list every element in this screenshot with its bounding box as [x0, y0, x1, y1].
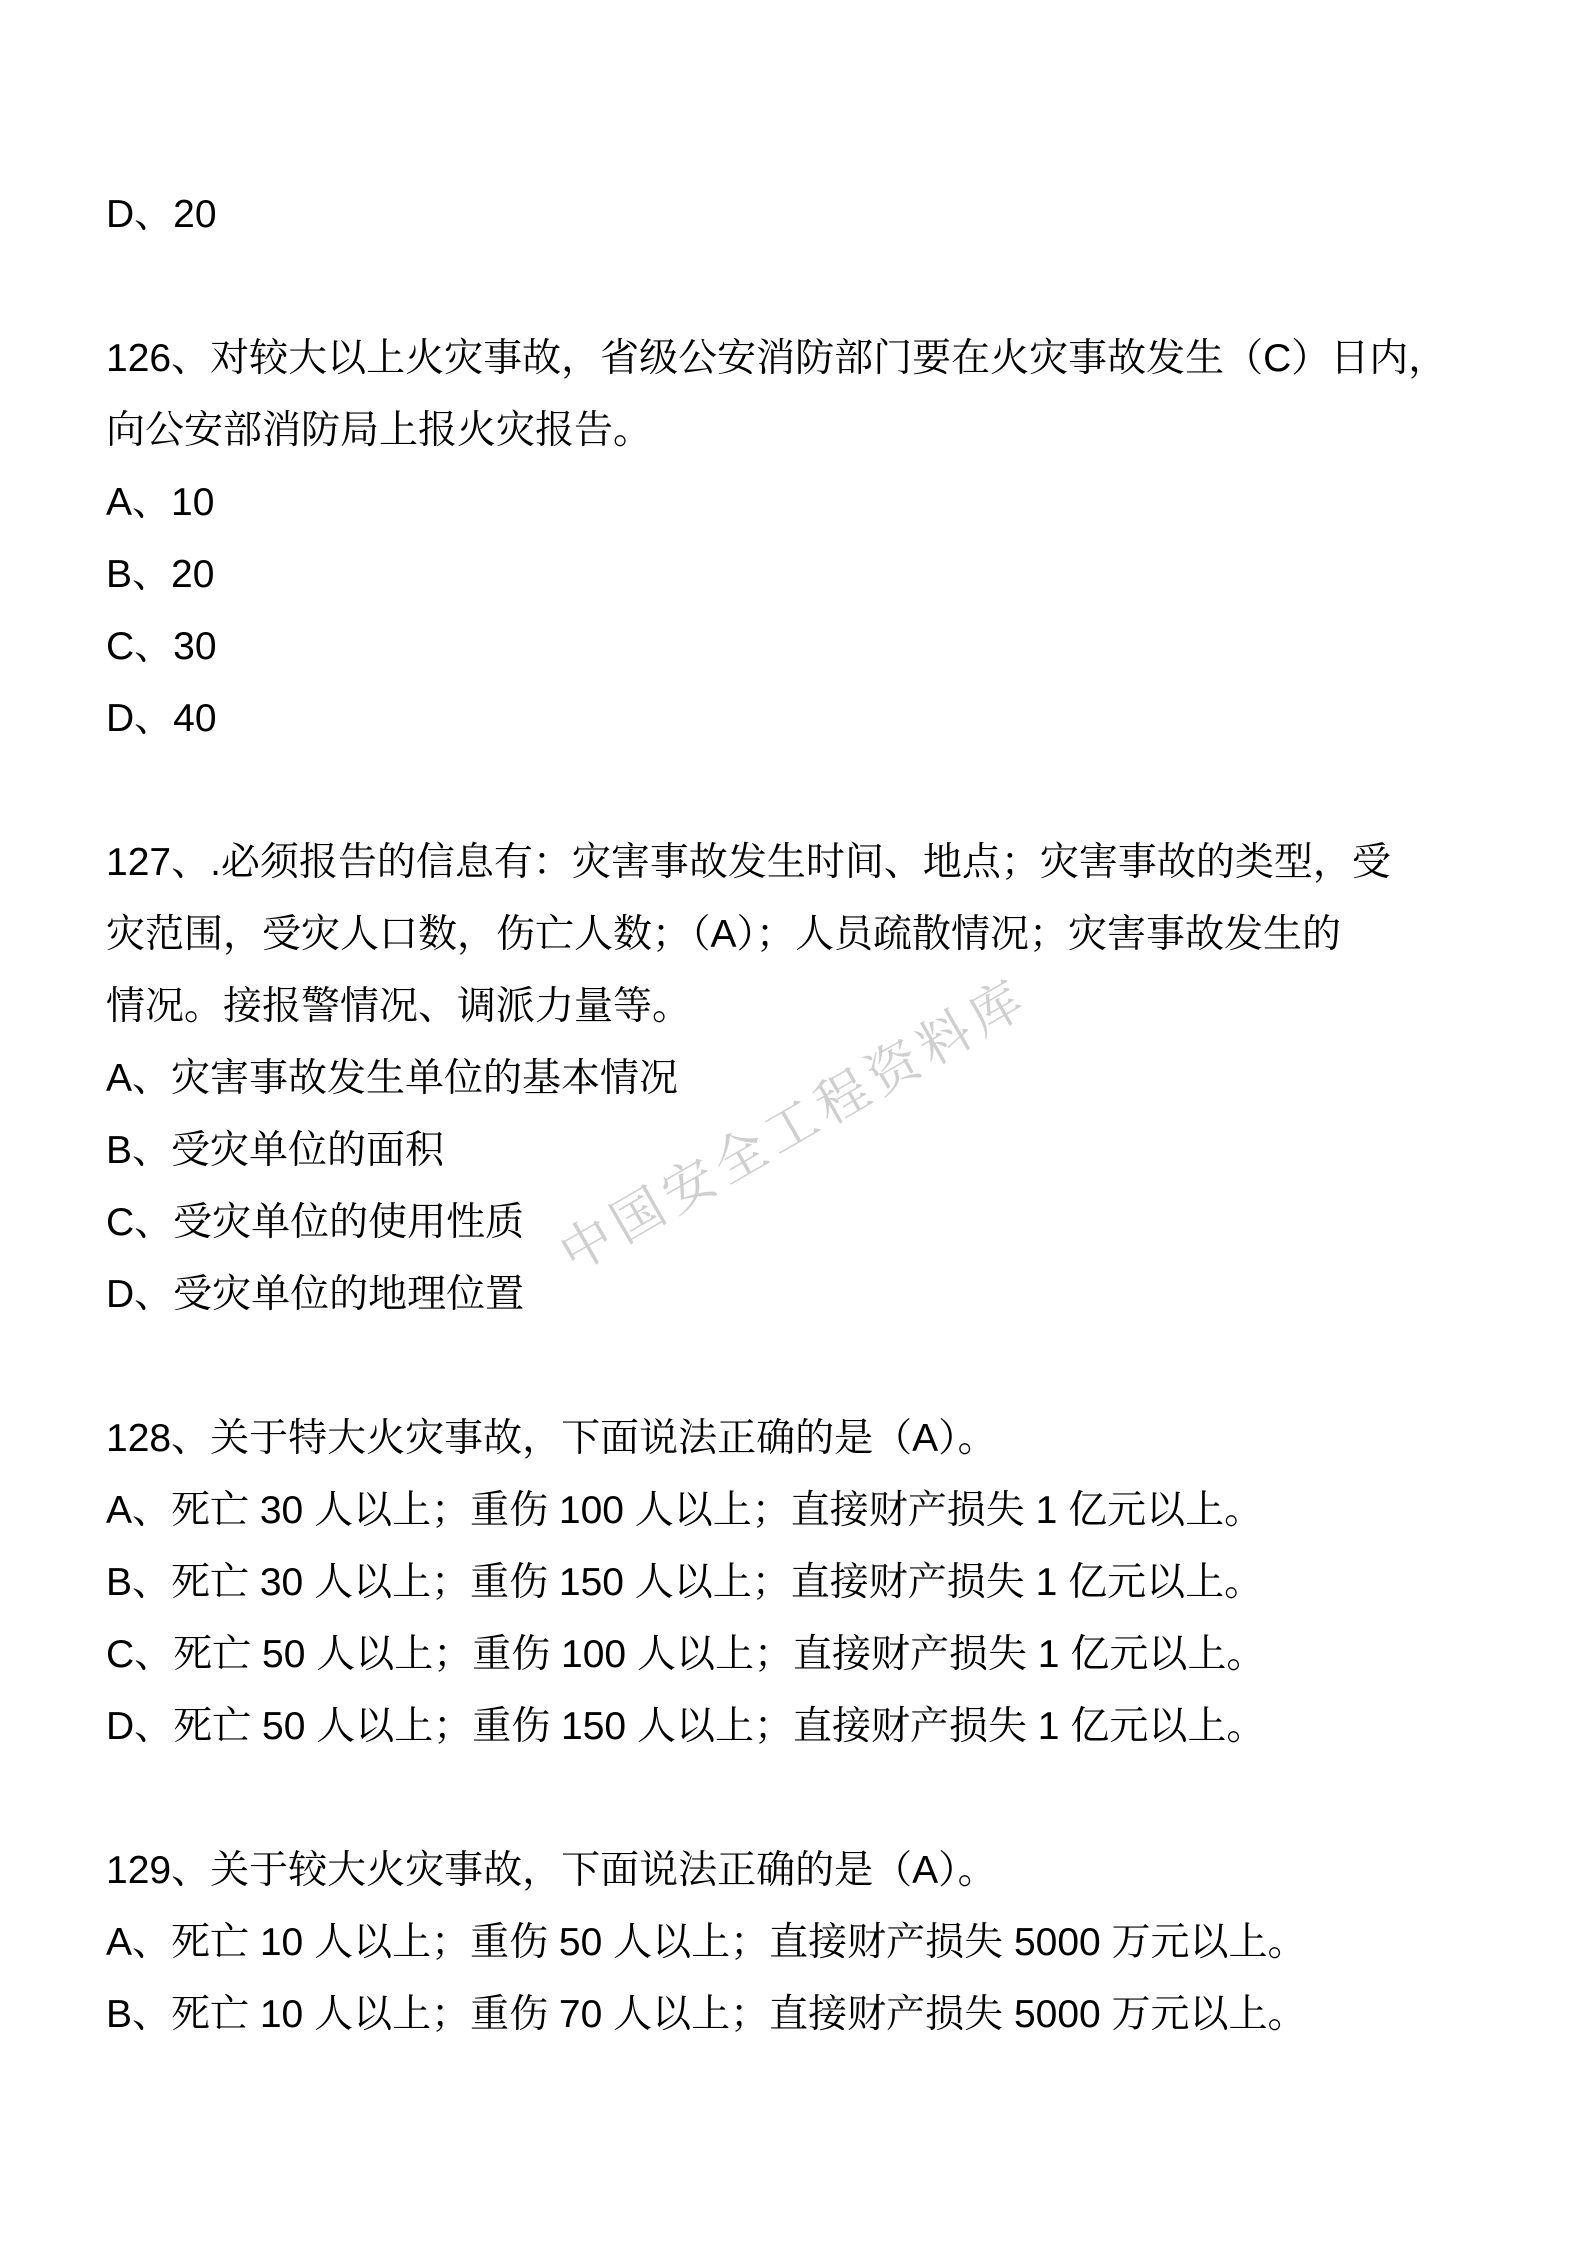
blank-line — [106, 755, 1527, 827]
option-line: C、受灾单位的使用性质 — [106, 1187, 1527, 1259]
blank-line — [106, 1331, 1527, 1403]
option-line: C、死亡 50 人以上；重伤 100 人以上；直接财产损失 1 亿元以上。 — [106, 1619, 1527, 1691]
question-line: 126、对较大以上火灾事故，省级公安消防部门要在火灾事故发生（C）日内， — [106, 323, 1527, 395]
option-line: A、死亡 30 人以上；重伤 100 人以上；直接财产损失 1 亿元以上。 — [106, 1475, 1527, 1547]
blank-line — [106, 251, 1527, 323]
option-line: A、死亡 10 人以上；重伤 50 人以上；直接财产损失 5000 万元以上。 — [106, 1907, 1527, 1979]
option-line: B、死亡 30 人以上；重伤 150 人以上；直接财产损失 1 亿元以上。 — [106, 1547, 1527, 1619]
option-line: D、受灾单位的地理位置 — [106, 1259, 1527, 1331]
option-line: B、死亡 10 人以上；重伤 70 人以上；直接财产损失 5000 万元以上。 — [106, 1979, 1527, 2051]
question-line: 128、关于特大火灾事故，下面说法正确的是（A）。 — [106, 1403, 1527, 1475]
option-line: A、灾害事故发生单位的基本情况 — [106, 1043, 1527, 1115]
document-page: 中国安全工程资料库 D、20 126、对较大以上火灾事故，省级公安消防部门要在火… — [0, 0, 1587, 2245]
blank-line — [106, 1763, 1527, 1835]
option-line: A、10 — [106, 467, 1527, 539]
option-line: B、20 — [106, 539, 1527, 611]
question-line: 127、.必须报告的信息有：灾害事故发生时间、地点；灾害事故的类型，受 — [106, 827, 1527, 899]
option-line: D、40 — [106, 683, 1527, 755]
option-line: C、30 — [106, 611, 1527, 683]
question-line: 129、关于较大火灾事故，下面说法正确的是（A）。 — [106, 1835, 1527, 1907]
question-line: 灾范围，受灾人口数，伤亡人数；（A）；人员疏散情况；灾害事故发生的 — [106, 899, 1527, 971]
option-line: B、受灾单位的面积 — [106, 1115, 1527, 1187]
question-line: 情况。接报警情况、调派力量等。 — [106, 971, 1527, 1043]
option-line: D、20 — [106, 179, 1527, 251]
document-content: D、20 126、对较大以上火灾事故，省级公安消防部门要在火灾事故发生（C）日内… — [106, 179, 1527, 2051]
option-line: D、死亡 50 人以上；重伤 150 人以上；直接财产损失 1 亿元以上。 — [106, 1691, 1527, 1763]
question-line: 向公安部消防局上报火灾报告。 — [106, 395, 1527, 467]
